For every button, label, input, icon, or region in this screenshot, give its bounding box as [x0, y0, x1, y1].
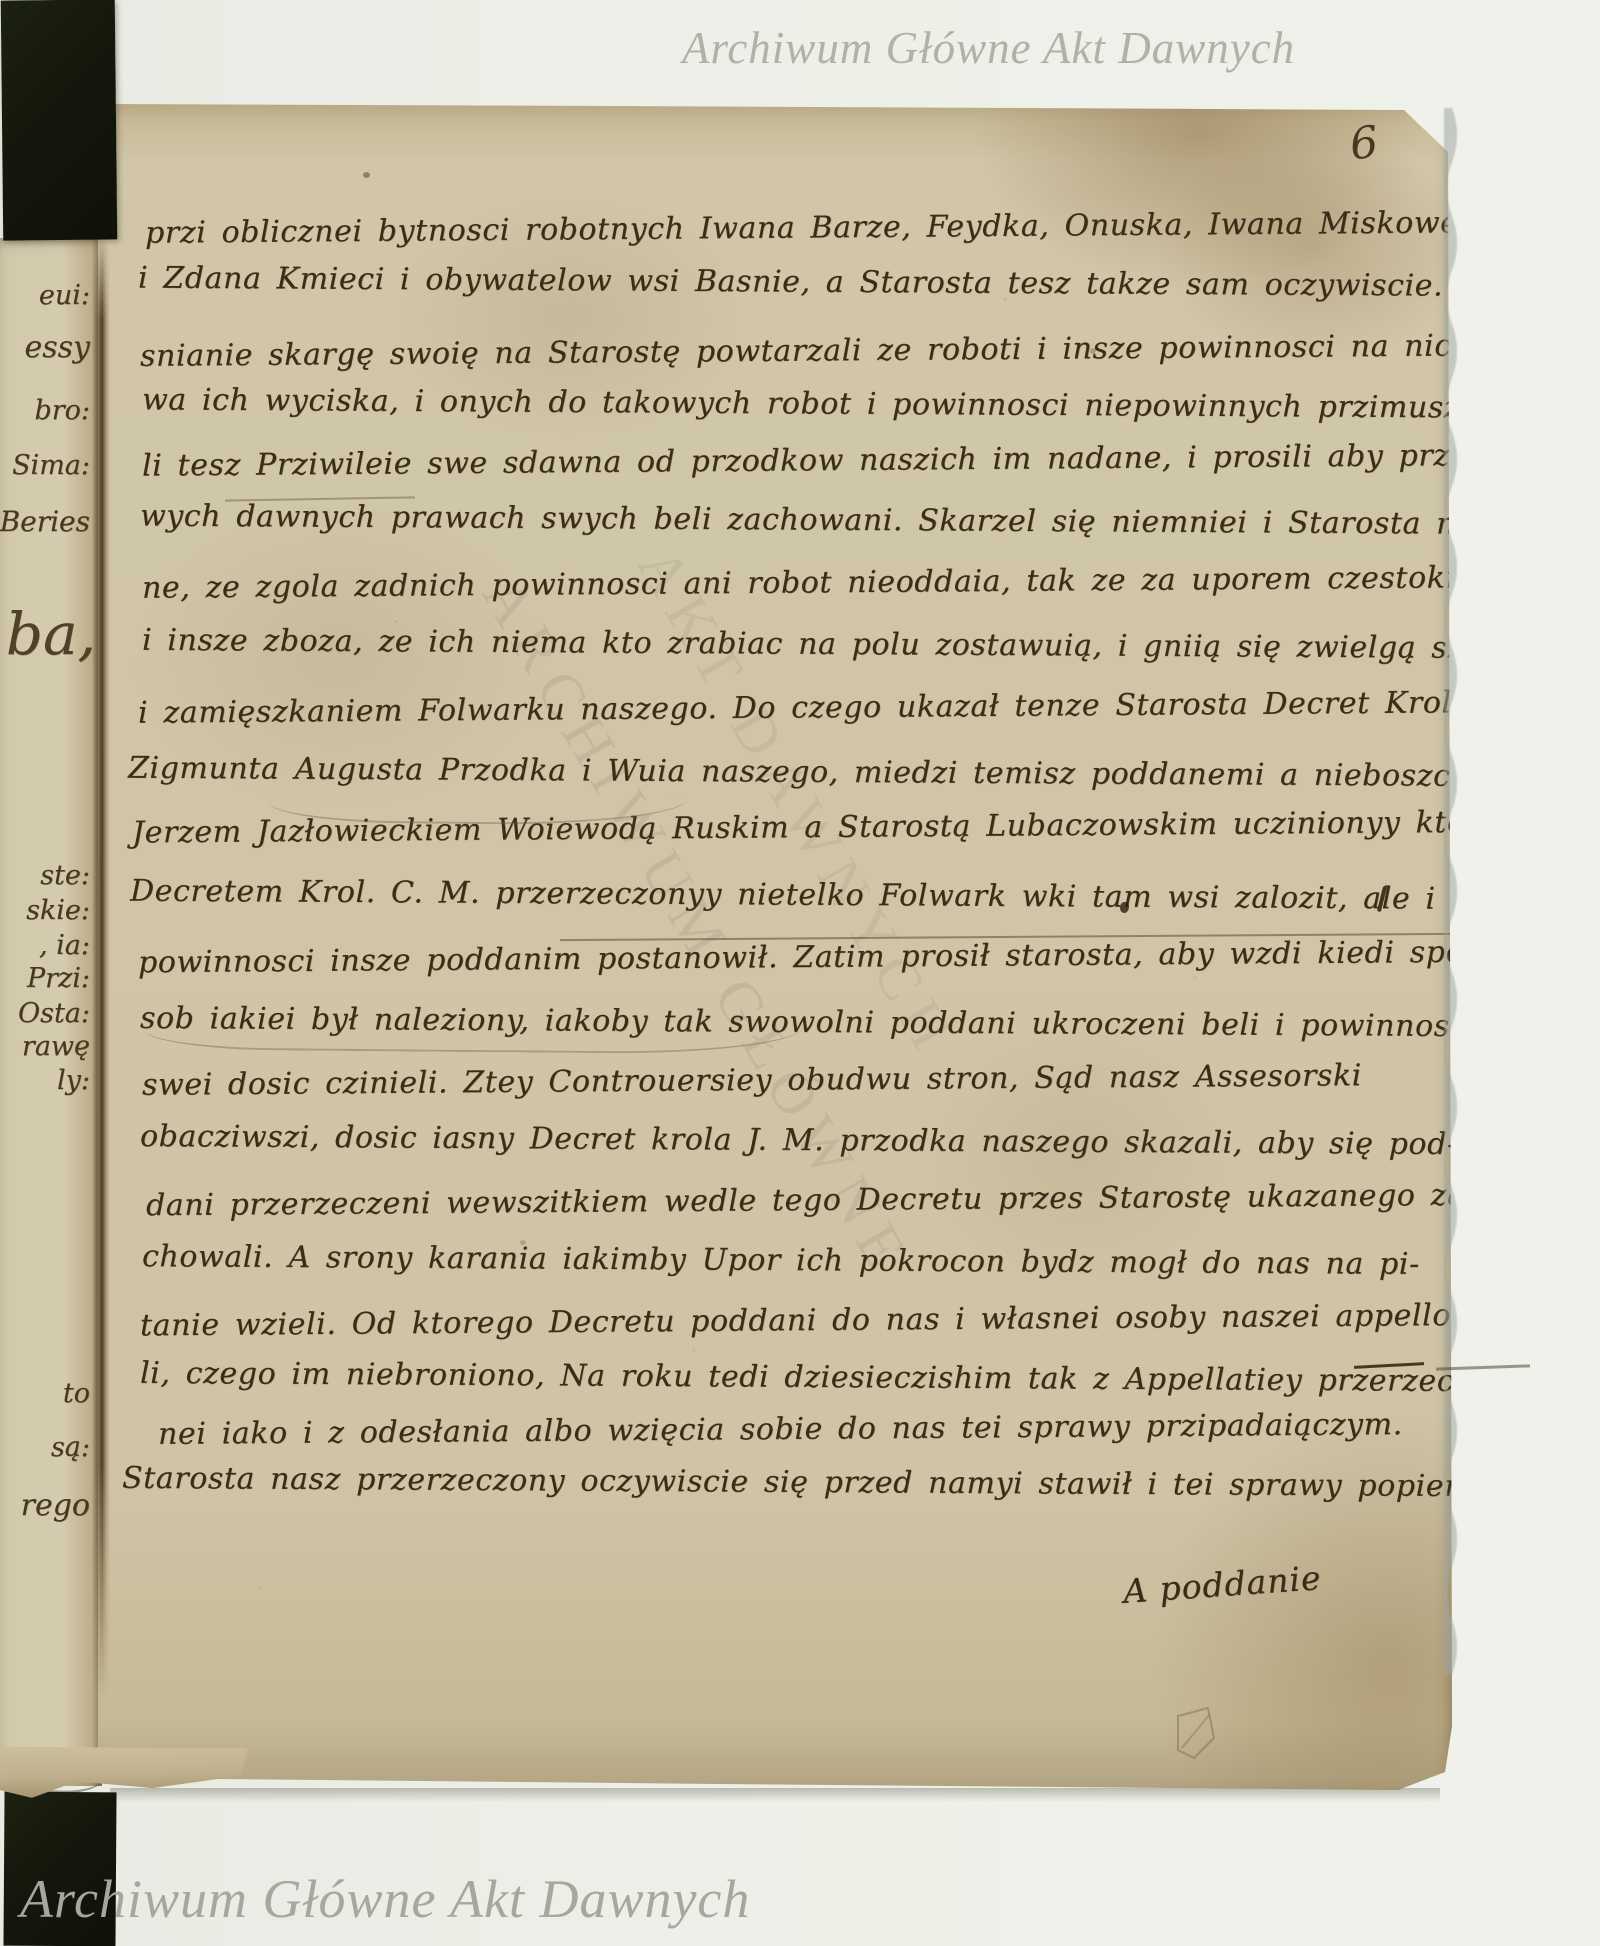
manuscript-line: Decretem Krol. C. M. przerzeczonyy niete…	[130, 874, 1571, 918]
margin-fragment: ba,	[6, 600, 96, 668]
margin-fragment: essy	[25, 330, 91, 365]
pencil-arc	[143, 1021, 803, 1055]
watermark-bottom: Archiwum Główne Akt Dawnych	[20, 1868, 750, 1930]
manuscript-line: li, czego im niebroniono, Na roku tedi d…	[140, 1356, 1500, 1399]
manuscript-line: przi oblicznei bytnosci robotnych Iwana …	[145, 204, 1600, 250]
manuscript-line: tanie wzieli. Od ktorego Decretu poddani…	[140, 1298, 1507, 1344]
manuscript-line: li tesz Prziwileie swe sdawna od przodko…	[142, 437, 1555, 483]
manuscript-line: i insze zboza, ze ich niema kto zrabiac …	[142, 623, 1540, 667]
manuscript-line: powinnosci insze poddanim postanowił. Za…	[138, 935, 1475, 980]
manuscript-line: swei dosic czinieli. Ztey Controuersiey …	[142, 1058, 1362, 1103]
manuscript-line: snianie skargę swoię na Starostę powtarz…	[140, 327, 1600, 374]
manuscript-line: ne, ze zgola zadnich powinnosci ani robo…	[142, 559, 1595, 605]
margin-fragment: ste:	[40, 860, 90, 891]
margin-fragment: bro:	[34, 395, 90, 426]
binding-strip-top	[1, 0, 118, 241]
margin-fragment: skie:	[26, 895, 90, 926]
manuscript-line: wa ich wyciska, i onych do takowych robo…	[142, 382, 1600, 426]
closing-note: A poddanie	[1122, 1558, 1323, 1611]
manuscript-line: nei iako i z odesłania albo wzięcia sobi…	[158, 1407, 1403, 1452]
archival-scan: eui: essy bro: Sima: Beries ba, ste: ski…	[0, 0, 1600, 1946]
manuscript-line: obacziwszi, dosic iasny Decret krola J. …	[140, 1119, 1458, 1162]
manuscript-line: i zamięszkaniem Folwarku naszego. Do cze…	[138, 684, 1580, 730]
manuscript-line: Zigmunta Augusta Przodka i Wuia naszego,…	[128, 751, 1554, 795]
margin-fragment: rawę	[22, 1031, 90, 1062]
corner-doodle	[1170, 1704, 1234, 1768]
folio-number: 6	[1347, 117, 1380, 171]
watermark-top: Archiwum Główne Akt Dawnych	[682, 22, 1295, 74]
binding-crease	[92, 232, 110, 1700]
manuscript-line: chowali. A srony karania iakimby Upor ic…	[142, 1239, 1420, 1282]
margin-fragment: rego	[21, 1488, 90, 1523]
manuscript-line: wych dawnych prawach swych beli zachowan…	[140, 499, 1597, 543]
margin-fragment: , ia:	[39, 930, 90, 961]
margin-fragment: ly:	[57, 1065, 90, 1096]
margin-fragment: Beries	[0, 505, 90, 538]
margin-fragment: są:	[51, 1432, 90, 1463]
margin-fragment: eui:	[39, 280, 90, 311]
manuscript-line: i Zdana Kmieci i obywatelow wsi Basnie, …	[138, 261, 1583, 305]
margin-fragment: Sima:	[12, 450, 90, 481]
manuscript-page: ARCHIWUM GŁÓWNE AKT DAWNYCH 6 przi oblic…	[98, 96, 1452, 1791]
manuscript-line: Starosta nasz przerzeczony oczywiscie si…	[122, 1461, 1498, 1504]
deckle-edge	[1444, 108, 1484, 1688]
margin-fragment: Przi:	[27, 963, 90, 994]
margin-fragment: Osta:	[18, 998, 90, 1029]
previous-page-edge: eui: essy bro: Sima: Beries ba, ste: ski…	[0, 238, 102, 1786]
ink-speck	[363, 172, 370, 178]
manuscript-line: dani przerzeczeni wewszitkiem wedle tego…	[146, 1178, 1476, 1223]
ink-speck	[520, 1240, 526, 1245]
margin-fragment: to	[63, 1378, 90, 1409]
page-shadow	[110, 1788, 1440, 1802]
ink-speck	[1090, 348, 1096, 354]
